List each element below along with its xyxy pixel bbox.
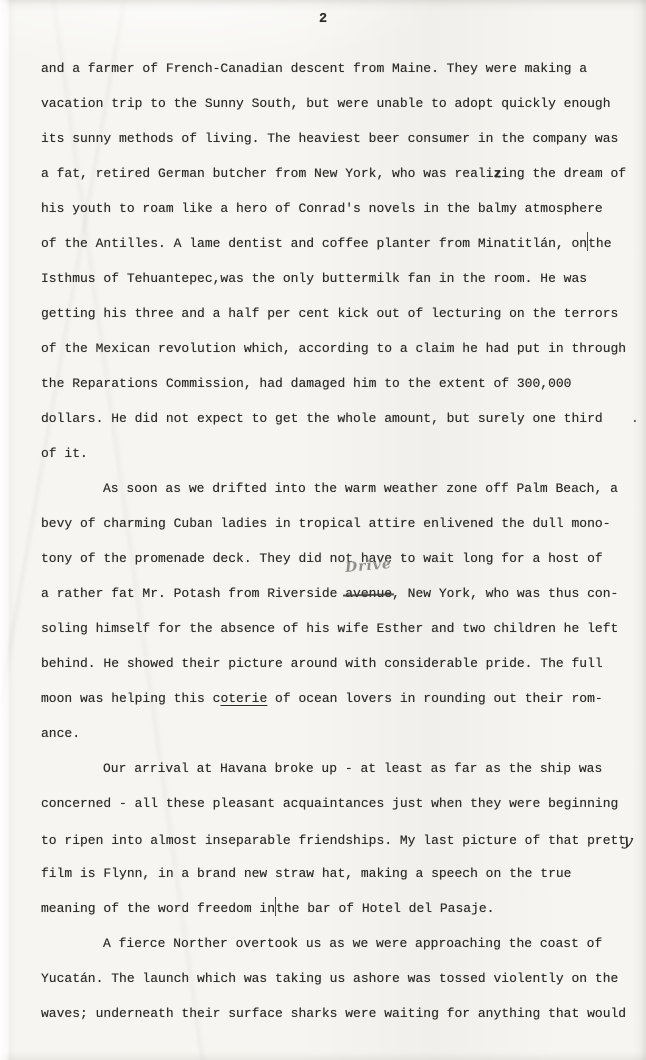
strikethrough-word: avenue <box>345 576 392 611</box>
text-line: of the Mexican revolution which, accordi… <box>41 331 641 366</box>
text-line: getting his three and a half per cent ki… <box>41 296 641 331</box>
text-line: and a farmer of French-Canadian descent … <box>41 51 641 86</box>
handwritten-correction: Drive <box>345 557 393 575</box>
text-line: Isthmus of Tehuantepec,was the only butt… <box>41 261 641 296</box>
line-text: of ocean lovers in rounding out their ro… <box>267 691 602 706</box>
text-line: the Reparations Commission, had damaged … <box>41 366 641 401</box>
text-line: his youth to roam like a hero of Conrad'… <box>41 191 641 226</box>
text-line: a rather fat Mr. Potash from Riverside D… <box>41 576 641 611</box>
line-text: dollars. He did not expect to get the wh… <box>41 411 603 426</box>
scanned-typewritten-page: 2 and a farmer of French-Canadian descen… <box>0 0 646 1060</box>
line-text: to ripen into almost inseparable friends… <box>41 833 626 848</box>
stray-mark: . <box>631 401 639 436</box>
line-text: , New York, who was thus con- <box>392 586 618 601</box>
line-text: meaning of the word freedom in <box>41 901 275 916</box>
line-text: of the Antilles. A lame dentist and coff… <box>41 236 587 251</box>
text-line: dollars. He did not expect to get the wh… <box>41 401 641 436</box>
text-line: waves; underneath their surface sharks w… <box>41 996 641 1031</box>
text-line: Yucatán. The launch which was taking us … <box>41 961 641 996</box>
line-text: a rather fat Mr. Potash from Riverside <box>41 586 345 601</box>
text-line: behind. He showed their picture around w… <box>41 646 641 681</box>
text-line: concerned - all these pleasant acquainta… <box>41 786 641 821</box>
line-text: a fat, retired German butcher from New Y… <box>41 166 493 181</box>
text-line: bevy of charming Cuban ladies in tropica… <box>41 506 641 541</box>
text-line: As soon as we drifted into the warm weat… <box>41 471 641 506</box>
text-line: soling himself for the absence of his wi… <box>41 611 641 646</box>
corrected-word: Driveavenue <box>345 576 392 611</box>
page-body: and a farmer of French-Canadian descent … <box>41 51 641 1031</box>
text-line: meaning of the word freedom inthe bar of… <box>41 891 641 926</box>
text-line: to ripen into almost inseparable friends… <box>41 821 641 856</box>
line-text: ing the dream of <box>501 166 626 181</box>
page-number: 2 <box>0 12 646 27</box>
text-line: Our arrival at Havana broke up - at leas… <box>41 751 641 786</box>
underlined-word: oterie <box>220 691 267 706</box>
line-text: moon was helping this c <box>41 691 220 706</box>
text-line: of the Antilles. A lame dentist and coff… <box>41 226 641 261</box>
line-text: the bar of Hotel del Pasaje. <box>276 901 494 916</box>
line-text: the <box>588 236 611 251</box>
text-line: of it. <box>41 436 641 471</box>
text-line: film is Flynn, in a brand new straw hat,… <box>41 856 641 891</box>
text-line: ance. <box>41 716 641 751</box>
text-line: its sunny methods of living. The heavies… <box>41 121 641 156</box>
text-line: vacation trip to the Sunny South, but we… <box>41 86 641 121</box>
handwritten-letter: y <box>621 822 636 858</box>
text-line: moon was helping this coterie of ocean l… <box>41 681 641 716</box>
text-line: tony of the promenade deck. They did not… <box>41 541 641 576</box>
text-line: a fat, retired German butcher from New Y… <box>41 156 641 191</box>
text-line: A fierce Norther overtook us as we were … <box>41 926 641 961</box>
